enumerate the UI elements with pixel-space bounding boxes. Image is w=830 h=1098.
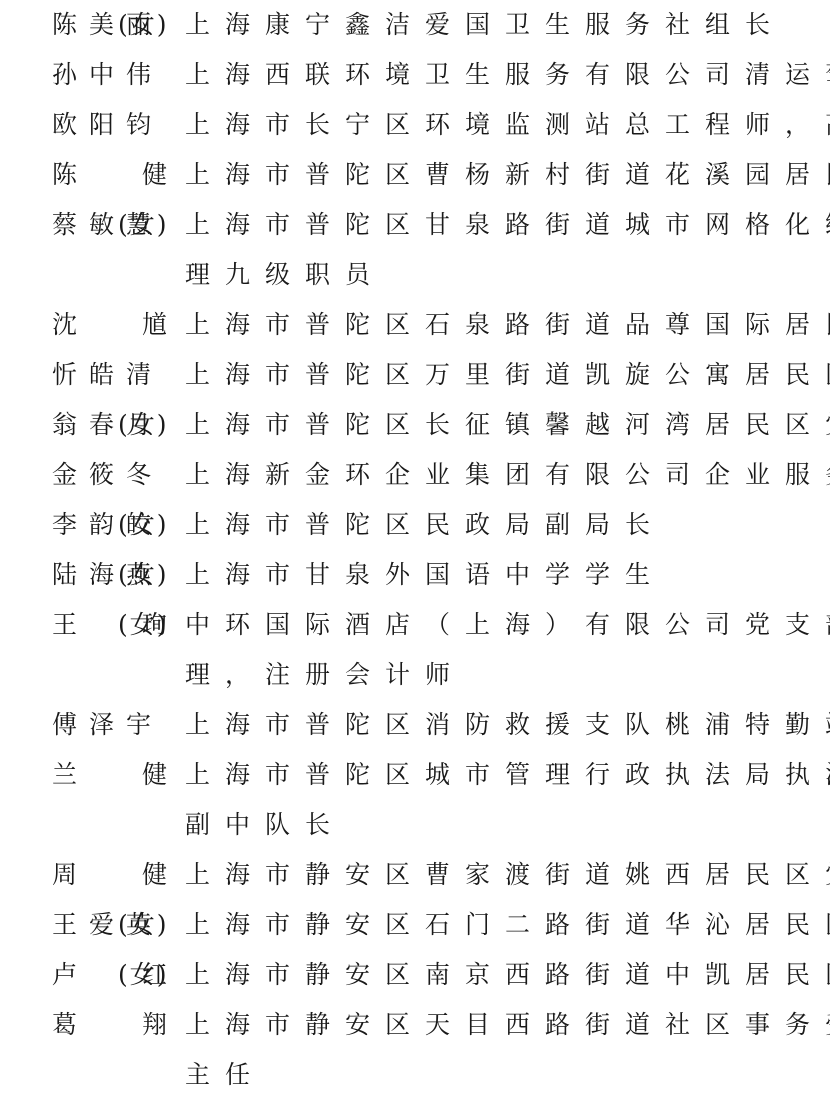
entry-line: 沈 馗 上海市普陀区石泉路街道品尊国际居民区党总支书记	[0, 300, 830, 350]
name-char: 王	[52, 600, 77, 650]
entry-line: 傅泽宇 上海市普陀区消防救援支队桃浦特勤站副站长	[0, 700, 830, 750]
entry-continuation-line: 副中队长	[0, 800, 830, 850]
list-item: 翁春月 (女) 上海市普陀区长征镇馨越河湾居民区党支部书记	[0, 400, 830, 450]
entry-line: 陆海燕 (女) 上海市甘泉外国语中学学生	[0, 550, 830, 600]
affiliation: 上海市长宁区环境监测站总工程师，高级工程师	[185, 100, 830, 150]
name-char: 翔	[142, 1000, 167, 1050]
affiliation: 上海市普陀区城市管理行政执法局执法大队机动中队	[185, 750, 830, 800]
list-item: 卢 红 (女) 上海市静安区南京西路街道中凯居民区党总支书记	[0, 950, 830, 1000]
list-item: 忻皓清 上海市普陀区万里街道凯旋公寓居民区党总支书记	[0, 350, 830, 400]
affiliation: 上海市静安区曹家渡街道姚西居民区党总支书记	[185, 850, 830, 900]
list-item: 蔡敏慧 (女) 上海市普陀区甘泉路街道城市网格化综合管理中心管 理九级职员	[0, 200, 830, 300]
affiliation: 上海市静安区石门二路街道华沁居民区党总支书记	[185, 900, 830, 950]
affiliation-continued: 理九级职员	[185, 250, 385, 300]
gender-note: (女)	[118, 0, 169, 50]
affiliation: 上海市普陀区曹杨新村街道花溪园居民区党总支书记	[185, 150, 830, 200]
affiliation: 上海市普陀区万里街道凯旋公寓居民区党总支书记	[185, 350, 830, 400]
list-item: 陈美丽 (女) 上海康宁鑫洁爱国卫生服务社组长	[0, 0, 830, 50]
name-char: 馗	[142, 300, 167, 350]
affiliation: 上海新金环企业集团有限公司企业服务中心副主任	[185, 450, 830, 500]
entry-line: 翁春月 (女) 上海市普陀区长征镇馨越河湾居民区党支部书记	[0, 400, 830, 450]
affiliation: 上海市普陀区消防救援支队桃浦特勤站副站长	[185, 700, 830, 750]
name-char: 陈	[52, 150, 77, 200]
name-char: 健	[142, 150, 167, 200]
list-item: 金筱冬 上海新金环企业集团有限公司企业服务中心副主任	[0, 450, 830, 500]
honoree-list: 陈美丽 (女) 上海康宁鑫洁爱国卫生服务社组长 孙中伟 上海西联环境卫生服务有限…	[0, 0, 830, 1098]
name-char: 健	[142, 750, 167, 800]
list-item: 李韵皎 (女) 上海市普陀区民政局副局长	[0, 500, 830, 550]
entry-line: 陈 健 上海市普陀区曹杨新村街道花溪园居民区党总支书记	[0, 150, 830, 200]
person-name: 金筱冬	[52, 450, 163, 500]
entry-continuation-line: 理九级职员	[0, 250, 830, 300]
entry-line: 忻皓清 上海市普陀区万里街道凯旋公寓居民区党总支书记	[0, 350, 830, 400]
list-item: 沈 馗 上海市普陀区石泉路街道品尊国际居民区党总支书记	[0, 300, 830, 350]
name-char: 周	[52, 850, 77, 900]
affiliation-continued: 副中队长	[185, 800, 345, 850]
list-item: 陈 健 上海市普陀区曹杨新村街道花溪园居民区党总支书记	[0, 150, 830, 200]
gender-note: (女)	[118, 500, 169, 550]
entry-line: 王爱英 (女) 上海市静安区石门二路街道华沁居民区党总支书记	[0, 900, 830, 950]
affiliation: 上海市甘泉外国语中学学生	[185, 550, 665, 600]
list-item: 孙中伟 上海西联环境卫生服务有限公司清运驾驶员	[0, 50, 830, 100]
name-char: 卢	[52, 950, 77, 1000]
name-char: 葛	[52, 1000, 77, 1050]
person-name: 欧阳钧	[52, 100, 163, 150]
entry-line: 葛 翔 上海市静安区天目西路街道社区事务受理服务中心	[0, 1000, 830, 1050]
affiliation: 上海市普陀区石泉路街道品尊国际居民区党总支书记	[185, 300, 830, 350]
affiliation: 中环国际酒店（上海）有限公司党支部书记、总经	[185, 600, 830, 650]
entry-line: 陈美丽 (女) 上海康宁鑫洁爱国卫生服务社组长	[0, 0, 830, 50]
affiliation: 上海市普陀区长征镇馨越河湾居民区党支部书记	[185, 400, 830, 450]
person-name: 傅泽宇	[52, 700, 163, 750]
entry-line: 王 珣 (女) 中环国际酒店（上海）有限公司党支部书记、总经	[0, 600, 830, 650]
entry-continuation-line: 理，注册会计师	[0, 650, 830, 700]
list-item: 傅泽宇 上海市普陀区消防救援支队桃浦特勤站副站长	[0, 700, 830, 750]
entry-line: 金筱冬 上海新金环企业集团有限公司企业服务中心副主任	[0, 450, 830, 500]
affiliation: 上海市静安区南京西路街道中凯居民区党总支书记	[185, 950, 830, 1000]
entry-line: 蔡敏慧 (女) 上海市普陀区甘泉路街道城市网格化综合管理中心管	[0, 200, 830, 250]
entry-line: 欧阳钧 上海市长宁区环境监测站总工程师，高级工程师	[0, 100, 830, 150]
name-char: 兰	[52, 750, 77, 800]
list-item: 王 珣 (女) 中环国际酒店（上海）有限公司党支部书记、总经 理，注册会计师	[0, 600, 830, 700]
affiliation: 上海康宁鑫洁爱国卫生服务社组长	[185, 0, 785, 50]
entry-line: 卢 红 (女) 上海市静安区南京西路街道中凯居民区党总支书记	[0, 950, 830, 1000]
list-item: 王爱英 (女) 上海市静安区石门二路街道华沁居民区党总支书记	[0, 900, 830, 950]
gender-note: (女)	[118, 950, 169, 1000]
gender-note: (女)	[118, 900, 169, 950]
name-char: 沈	[52, 300, 77, 350]
entry-line: 李韵皎 (女) 上海市普陀区民政局副局长	[0, 500, 830, 550]
person-name: 孙中伟	[52, 50, 163, 100]
affiliation: 上海市静安区天目西路街道社区事务受理服务中心	[185, 1000, 830, 1050]
gender-note: (女)	[118, 400, 169, 450]
entry-line: 周 健 上海市静安区曹家渡街道姚西居民区党总支书记	[0, 850, 830, 900]
person-name: 忻皓清	[52, 350, 163, 400]
gender-note: (女)	[118, 200, 169, 250]
gender-note: (女)	[118, 600, 169, 650]
affiliation: 上海市普陀区甘泉路街道城市网格化综合管理中心管	[185, 200, 830, 250]
list-item: 周 健 上海市静安区曹家渡街道姚西居民区党总支书记	[0, 850, 830, 900]
entry-line: 兰 健 上海市普陀区城市管理行政执法局执法大队机动中队	[0, 750, 830, 800]
affiliation-continued: 理，注册会计师	[185, 650, 465, 700]
affiliation-continued: 主任	[185, 1050, 265, 1098]
entry-continuation-line: 主任	[0, 1050, 830, 1098]
list-item: 欧阳钧 上海市长宁区环境监测站总工程师，高级工程师	[0, 100, 830, 150]
gender-note: (女)	[118, 550, 169, 600]
affiliation: 上海市普陀区民政局副局长	[185, 500, 665, 550]
list-item: 陆海燕 (女) 上海市甘泉外国语中学学生	[0, 550, 830, 600]
entry-line: 孙中伟 上海西联环境卫生服务有限公司清运驾驶员	[0, 50, 830, 100]
affiliation: 上海西联环境卫生服务有限公司清运驾驶员	[185, 50, 830, 100]
list-item: 葛 翔 上海市静安区天目西路街道社区事务受理服务中心 主任	[0, 1000, 830, 1098]
name-char: 健	[142, 850, 167, 900]
list-item: 兰 健 上海市普陀区城市管理行政执法局执法大队机动中队 副中队长	[0, 750, 830, 850]
